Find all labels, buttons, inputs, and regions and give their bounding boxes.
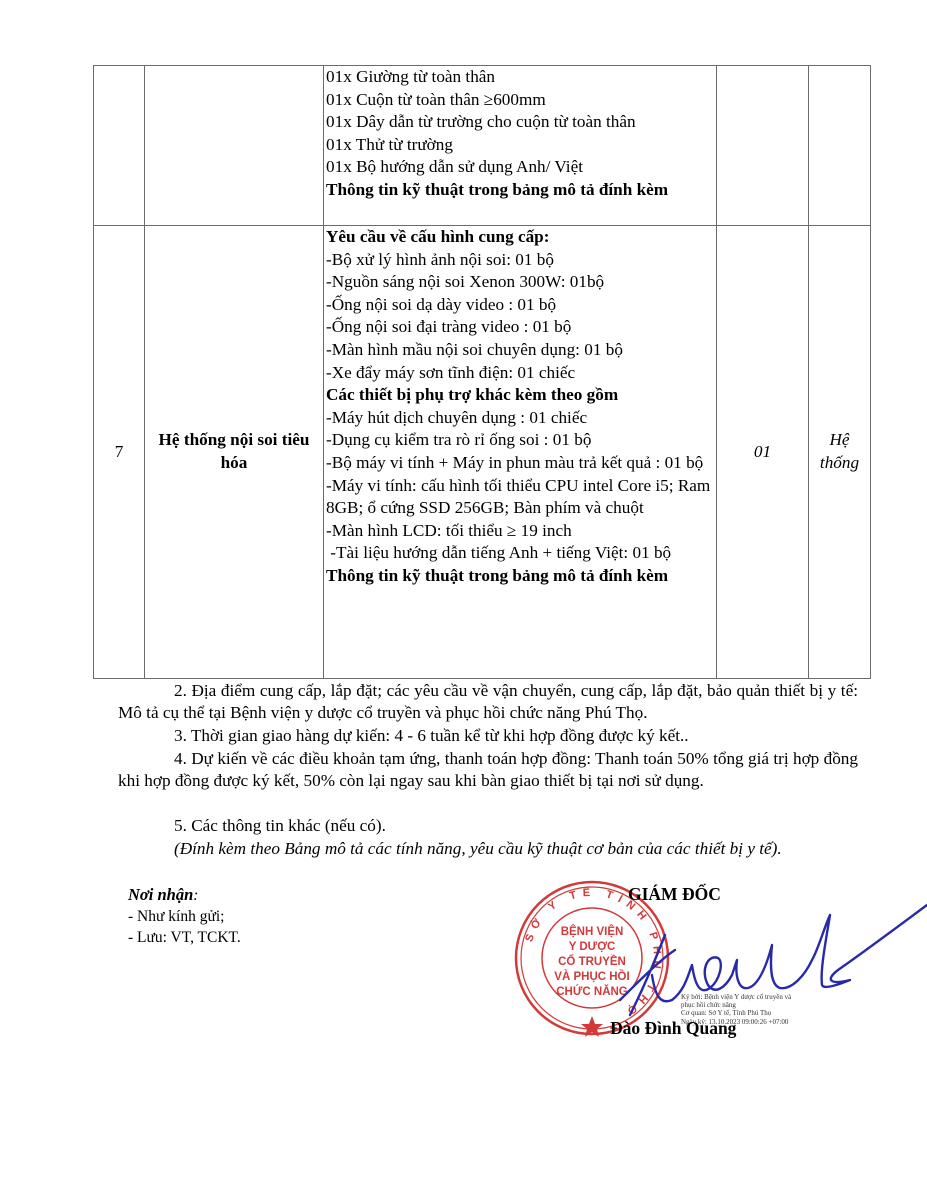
accessory-line: -Màn hình LCD: tối thiểu ≥ 19 inch — [326, 520, 716, 543]
quantity-cell: 01 — [717, 226, 809, 679]
config-line: -Xe đẩy máy sơn tĩnh điện: 01 chiếc — [326, 362, 716, 385]
unit-cell: Hệ thống — [809, 226, 871, 679]
config-line: -Ống nội soi đại tràng video : 01 bộ — [326, 316, 716, 339]
recipient-item: - Như kính gửi; — [128, 906, 241, 927]
table-row: 7 Hệ thống nội soi tiêu hóa Yêu cầu về c… — [94, 226, 871, 679]
config-line: -Nguồn sáng nội soi Xenon 300W: 01bộ — [326, 271, 716, 294]
paragraph-payment-terms: 4. Dự kiến về các điều khoản tạm ứng, th… — [118, 748, 858, 793]
config-cell: Yêu cầu về cấu hình cung cấp: -Bộ xử lý … — [324, 226, 717, 679]
config-line: 01x Giường từ toàn thân — [326, 66, 716, 89]
tech-note: Thông tin kỹ thuật trong bảng mô tả đính… — [326, 565, 716, 588]
config-line: -Bộ xử lý hình ảnh nội soi: 01 bộ — [326, 249, 716, 272]
recipients-title: Nơi nhận — [128, 885, 193, 904]
accessory-line: -Máy hút dịch chuyên dụng : 01 chiếc — [326, 407, 716, 430]
accessory-line: -Máy vi tính: cấu hình tối thiểu CPU int… — [326, 475, 716, 520]
config-line: 01x Thử từ trường — [326, 134, 716, 157]
unit-cell — [809, 66, 871, 226]
config-line: -Màn hình mầu nội soi chuyên dụng: 01 bộ — [326, 339, 716, 362]
paragraph-attachment-note: (Đính kèm theo Bảng mô tả các tính năng,… — [118, 838, 858, 860]
stt-cell: 7 — [94, 226, 145, 679]
config-line: 01x Dây dẫn từ trường cho cuộn từ toàn t… — [326, 111, 716, 134]
document-page: 01x Giường từ toàn thân 01x Cuộn từ toàn… — [0, 0, 927, 1200]
stt-cell — [94, 66, 145, 226]
quantity-cell — [717, 66, 809, 226]
recipient-item: - Lưu: VT, TCKT. — [128, 927, 241, 948]
accessory-line: -Bộ máy vi tính + Máy in phun màu trả kế… — [326, 452, 716, 475]
accessory-line: -Tài liệu hướng dẫn tiếng Anh + tiếng Vi… — [326, 542, 716, 565]
paragraph-location: 2. Địa điểm cung cấp, lắp đặt; các yêu c… — [118, 680, 858, 725]
config-line: -Ống nội soi dạ dày video : 01 bộ — [326, 294, 716, 317]
signer-name: Đào Đình Quang — [610, 1018, 736, 1039]
config-cell: 01x Giường từ toàn thân 01x Cuộn từ toàn… — [324, 66, 717, 226]
accessories-heading: Các thiết bị phụ trợ khác kèm theo gồm — [326, 384, 716, 407]
name-cell — [145, 66, 324, 226]
config-line: 01x Bộ hướng dẫn sử dụng Anh/ Việt — [326, 156, 716, 179]
name-cell: Hệ thống nội soi tiêu hóa — [145, 226, 324, 679]
config-line: 01x Cuộn từ toàn thân ≥600mm — [326, 89, 716, 112]
paragraph-other-info: 5. Các thông tin khác (nếu có). — [118, 815, 858, 837]
config-heading: Yêu cầu về cấu hình cung cấp: — [326, 226, 716, 249]
table-row: 01x Giường từ toàn thân 01x Cuộn từ toàn… — [94, 66, 871, 226]
equipment-table: 01x Giường từ toàn thân 01x Cuộn từ toàn… — [93, 65, 871, 679]
recipients-block: Nơi nhận: - Như kính gửi; - Lưu: VT, TCK… — [128, 884, 241, 948]
paragraph-delivery-time: 3. Thời gian giao hàng dự kiến: 4 - 6 tu… — [118, 725, 858, 747]
accessory-line: -Dụng cụ kiểm tra rò rỉ ống soi : 01 bộ — [326, 429, 716, 452]
tech-note: Thông tin kỹ thuật trong bảng mô tả đính… — [326, 179, 716, 202]
